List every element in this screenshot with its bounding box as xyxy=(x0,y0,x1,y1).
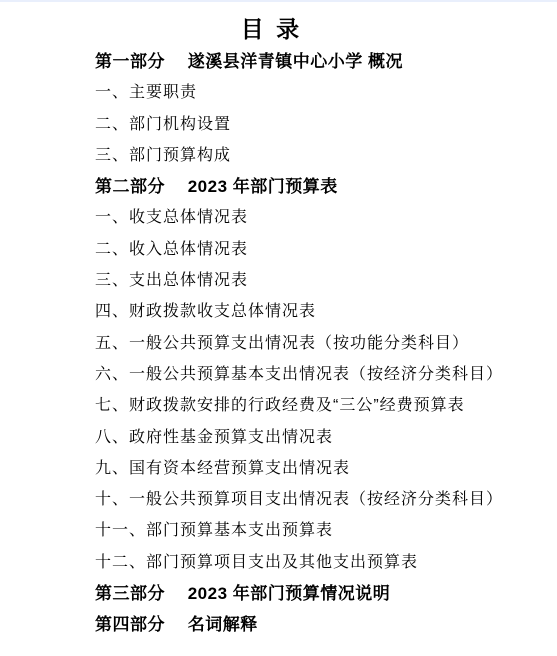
toc-section-heading-part3: 第三部分 2023 年部门预算情况说明 xyxy=(95,578,557,609)
toc-section-heading-part1: 第一部分 遂溪县洋青镇中心小学 概况 xyxy=(95,46,557,77)
toc-entry: 七、财政拨款安排的行政经费及“三公”经费预算表 xyxy=(95,390,557,421)
document-page: 目 录 第一部分 遂溪县洋青镇中心小学 概况 一、主要职责 二、部门机构设置 三… xyxy=(0,2,557,656)
toc-entry: 四、财政拨款收支总体情况表 xyxy=(95,296,557,327)
toc-entry: 一、主要职责 xyxy=(95,77,557,108)
toc-entry: 二、部门机构设置 xyxy=(95,109,557,140)
toc-entry: 三、支出总体情况表 xyxy=(95,265,557,296)
toc-entry: 二、收入总体情况表 xyxy=(95,234,557,265)
toc-entry: 六、一般公共预算基本支出情况表（按经济分类科目） xyxy=(95,359,557,390)
toc-section-heading-part4: 第四部分 名词解释 xyxy=(95,609,557,640)
toc-entry: 三、部门预算构成 xyxy=(95,140,557,171)
toc-entry: 一、收支总体情况表 xyxy=(95,202,557,233)
toc-entry: 十一、部门预算基本支出预算表 xyxy=(95,515,557,546)
toc-entry: 十二、部门预算项目支出及其他支出预算表 xyxy=(95,547,557,578)
toc-entry: 九、国有资本经营预算支出情况表 xyxy=(95,453,557,484)
toc-section-heading-part2: 第二部分 2023 年部门预算表 xyxy=(95,171,557,202)
toc-list: 第一部分 遂溪县洋青镇中心小学 概况 一、主要职责 二、部门机构设置 三、部门预… xyxy=(0,46,557,641)
toc-entry: 五、一般公共预算支出情况表（按功能分类科目） xyxy=(95,328,557,359)
toc-entry: 十、一般公共预算项目支出情况表（按经济分类科目） xyxy=(95,484,557,515)
toc-entry: 八、政府性基金预算支出情况表 xyxy=(95,422,557,453)
page-title: 目 录 xyxy=(0,14,557,44)
